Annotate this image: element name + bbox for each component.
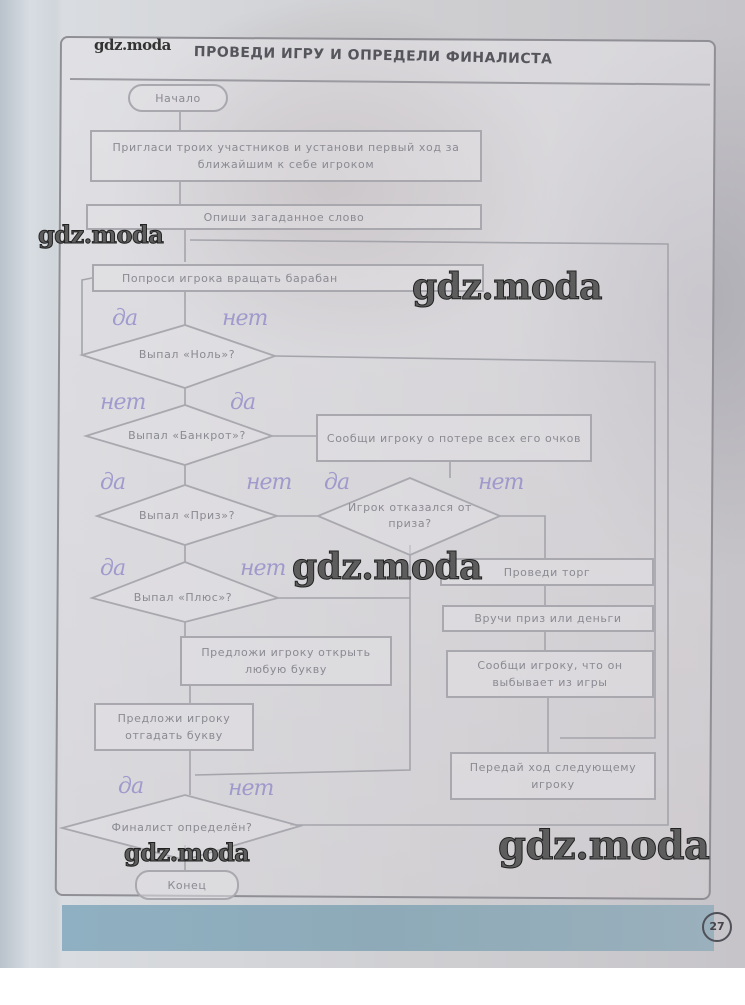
decision-refused-label: Игрок отказался от приза? [340, 500, 480, 532]
handwritten-bankrupt-yes: да [230, 390, 255, 415]
decision-bankrupt-label: Выпал «Банкрот»? [102, 428, 272, 444]
page-bottom-stripe [62, 905, 714, 951]
step-invite-text: Пригласи троих участников и установи пер… [96, 139, 476, 173]
step-invite: Пригласи троих участников и установи пер… [90, 130, 482, 182]
step-pass-turn-text: Передай ход следующему игроку [456, 759, 650, 793]
handwritten-plus-yes: да [100, 556, 125, 581]
handwritten-plus-no: нет [240, 556, 285, 581]
handwritten-bankrupt-no: нет [100, 390, 145, 415]
step-describe-word-text: Опиши загаданное слово [204, 209, 365, 226]
watermark-left: gdz.moda [38, 220, 163, 249]
decision-plus-label: Выпал «Плюс»? [108, 590, 258, 606]
handwritten-zero-no: нет [222, 306, 267, 331]
handwritten-refused-no: нет [478, 470, 523, 495]
start-label: Начало [155, 90, 201, 107]
end-label: Конец [168, 877, 207, 894]
watermark-bottom-right: gdz.moda [498, 822, 709, 869]
handwritten-zero-yes: да [112, 306, 137, 331]
decision-prize-label: Выпал «Приз»? [112, 508, 262, 524]
end-terminal: Конец [135, 870, 239, 900]
step-report-loss: Сообщи игроку о потере всех его очков [316, 414, 592, 462]
watermark-bottom-left: gdz.moda [124, 838, 249, 867]
step-report-loss-text: Сообщи игроку о потере всех его очков [327, 430, 581, 447]
watermark-right-upper: gdz.moda [412, 266, 602, 308]
start-terminal: Начало [128, 84, 228, 112]
handwritten-prize-yes: да [100, 470, 125, 495]
step-open-any-letter-text: Предложи игроку открыть любую букву [186, 644, 386, 678]
watermark-top-left: gdz.moda [94, 36, 171, 54]
step-spin-drum-text: Попроси игрока вращать барабан [122, 270, 338, 287]
step-report-out-text: Сообщи игроку, что он выбывает из игры [452, 657, 648, 691]
decision-zero-label: Выпал «Ноль»? [112, 347, 262, 363]
step-report-out: Сообщи игроку, что он выбывает из игры [446, 650, 654, 698]
step-award-prize: Вручи приз или деньги [442, 605, 654, 632]
step-open-any-letter: Предложи игроку открыть любую букву [180, 636, 392, 686]
page-number: 27 [702, 912, 732, 942]
step-haggle-text: Проведи торг [504, 564, 591, 581]
decision-finalist-label: Финалист определён? [82, 820, 282, 836]
step-award-prize-text: Вручи приз или деньги [474, 610, 621, 627]
step-guess-letter-text: Предложи игроку отгадать букву [100, 710, 248, 744]
step-guess-letter: Предложи игроку отгадать букву [94, 703, 254, 751]
handwritten-refused-yes: да [324, 470, 349, 495]
handwritten-finalist-no: нет [228, 776, 273, 801]
watermark-center: gdz.moda [292, 546, 482, 588]
handwritten-prize-no: нет [246, 470, 291, 495]
step-pass-turn: Передай ход следующему игроку [450, 752, 656, 800]
handwritten-finalist-yes: да [118, 774, 143, 799]
